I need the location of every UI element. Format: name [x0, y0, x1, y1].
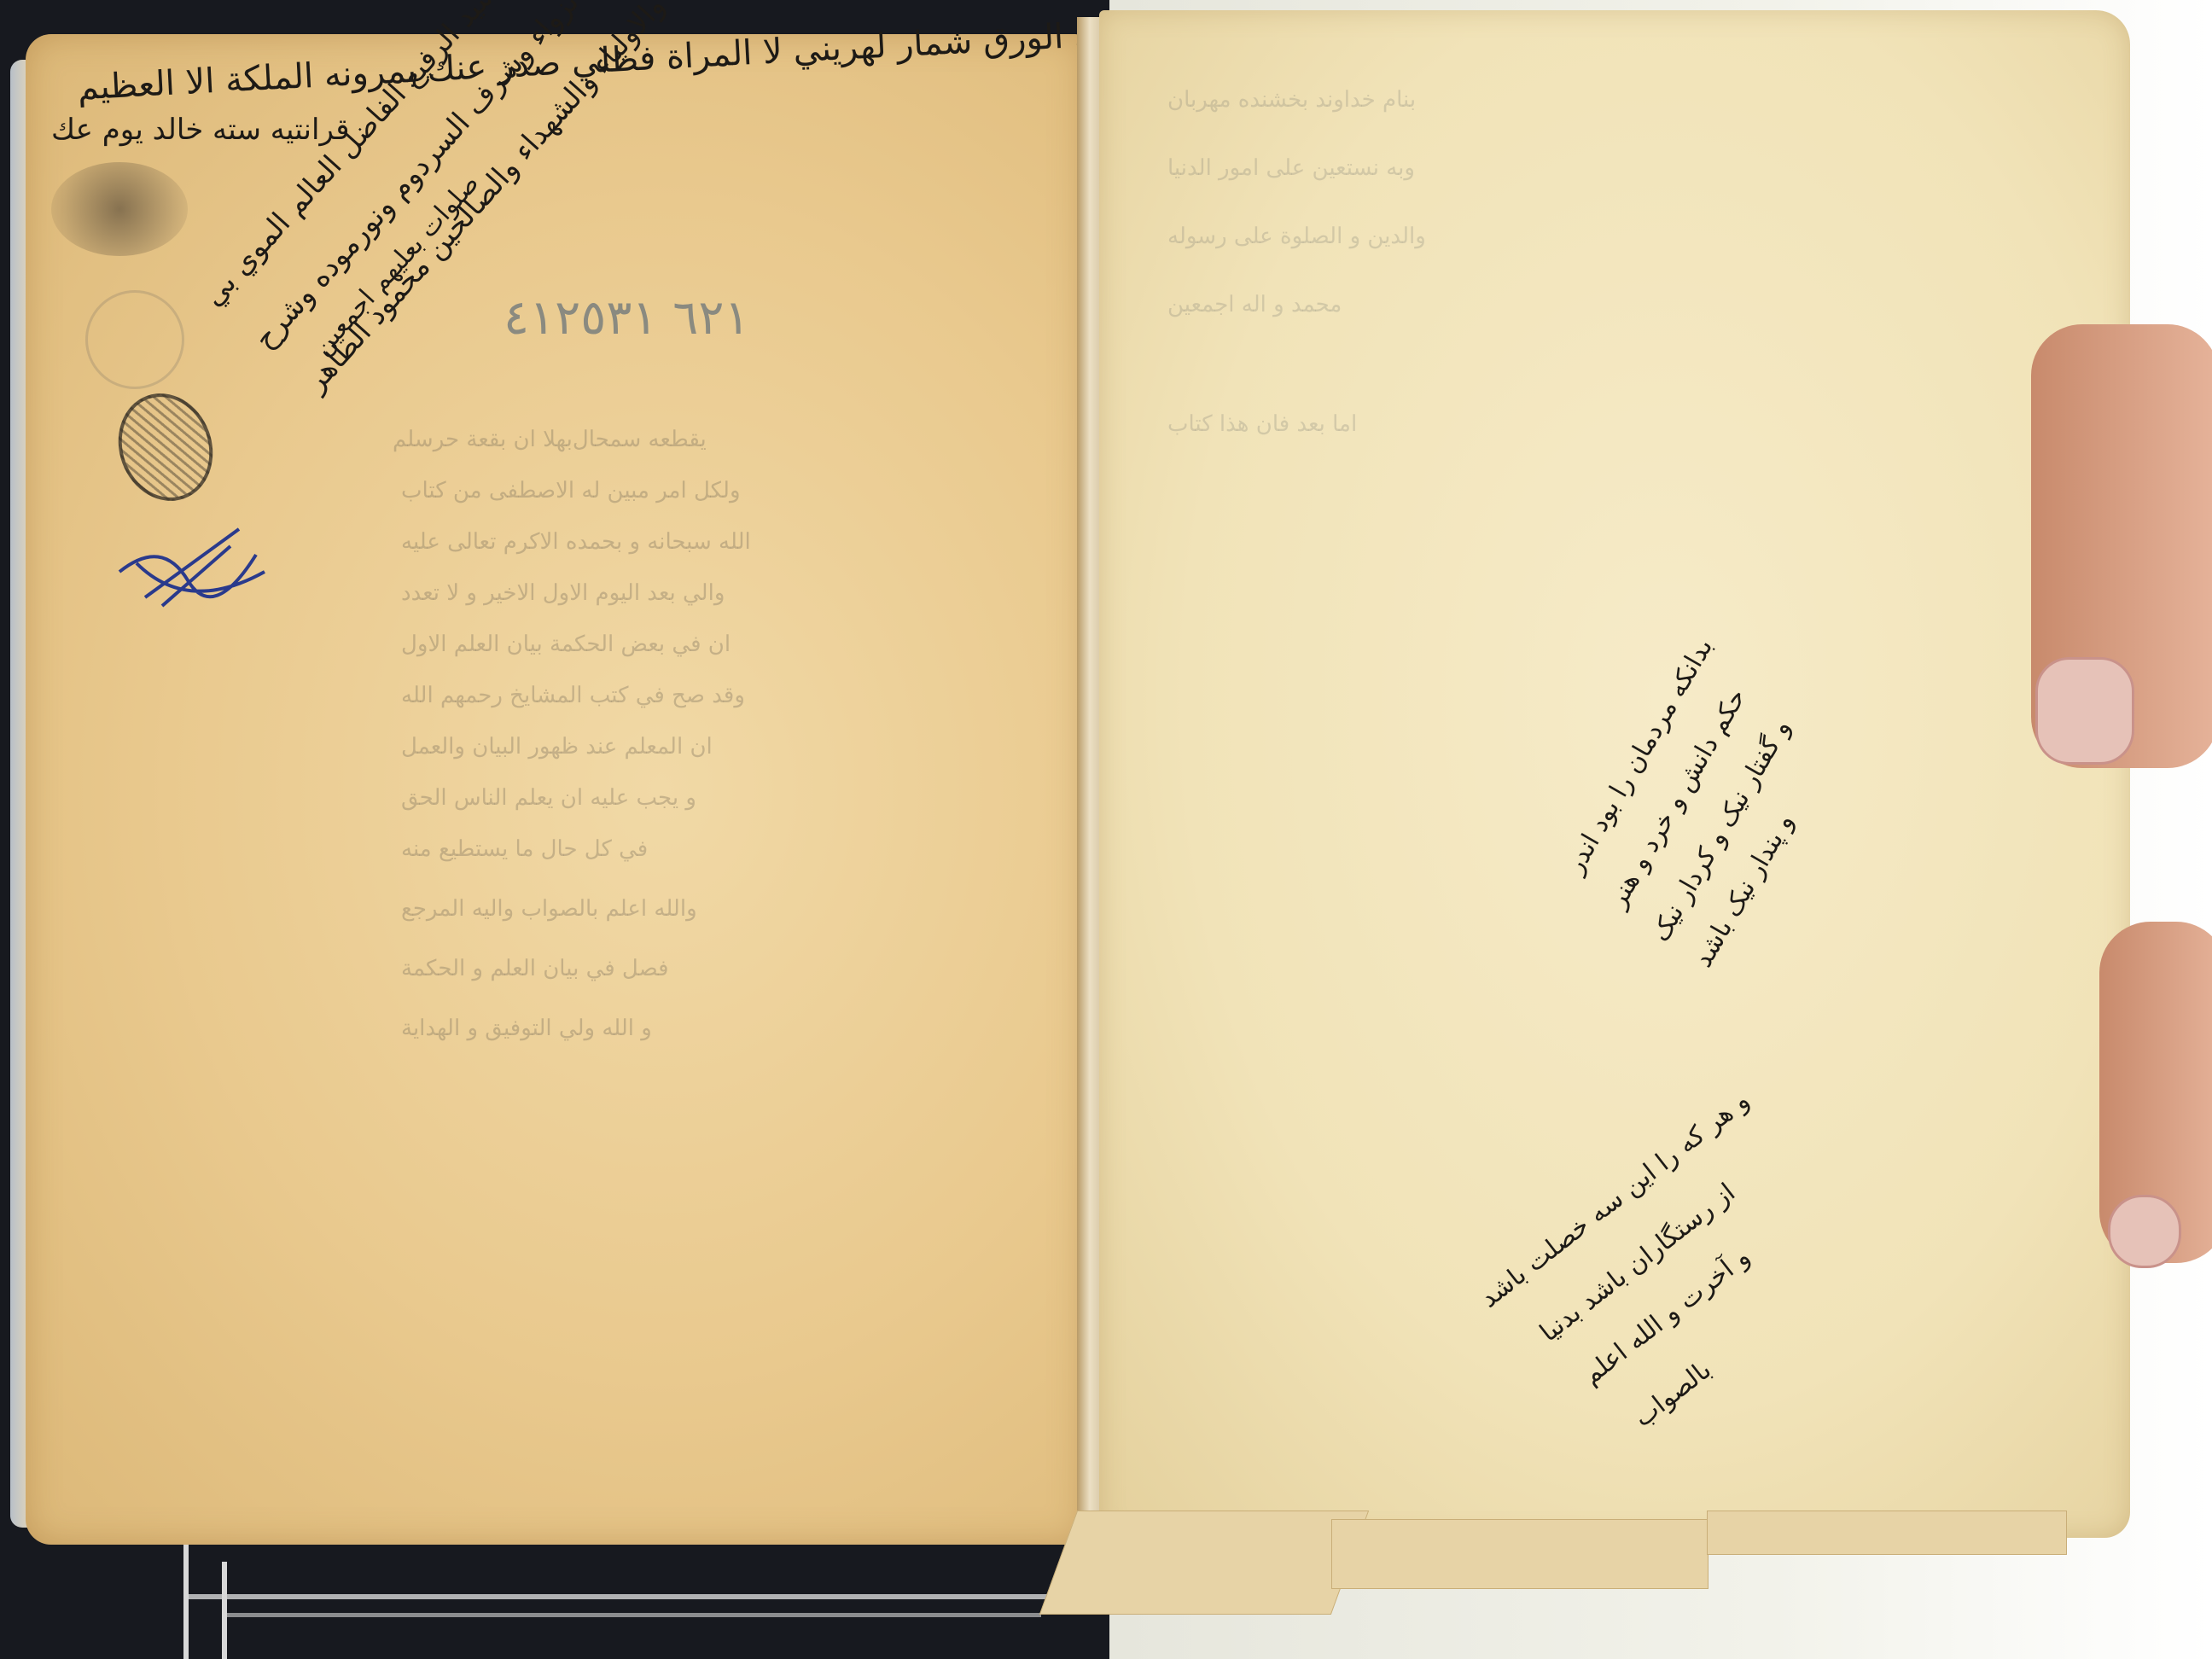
faded-text-line: يقطعه سمحال‌بهلا ان بقعة حرسلم — [393, 427, 707, 452]
show-through-text: محمد و اله اجمعين — [1167, 292, 1342, 317]
right-note-lower-line: بالصواب — [1628, 1355, 1717, 1434]
faded-text-line: و الله ولي التوفيق و الهداية — [401, 1016, 652, 1041]
torn-page-fragment — [1039, 1511, 1369, 1615]
torn-page-fragment — [1331, 1519, 1708, 1589]
mat-line — [222, 1613, 1041, 1617]
thumbnail — [2035, 657, 2134, 765]
mat-line — [183, 1545, 189, 1659]
faded-text-line: والله اعلم بالصواب واليه المرجع — [401, 896, 697, 922]
right-page: بنام خداوند بخشنده مهربان وبه نستعين على… — [1099, 10, 2130, 1538]
left-page: وفي الورق شمار لهريني لا المراة فطلي صدر… — [26, 34, 1084, 1545]
faded-text-line: ولكل امر مبين له الاصطفى من كتاب — [401, 478, 741, 504]
faded-text-line: و يجب عليه ان يعلم الناس الحق — [401, 785, 696, 811]
round-seal-top — [51, 162, 188, 256]
mat-line — [222, 1562, 227, 1659]
show-through-text: اما بعد فان هذا كتاب — [1167, 411, 1357, 437]
faded-text-line: فصل في بيان العلم و الحكمة — [401, 956, 669, 981]
pencil-catalog-number: ٦٢١ ٤١٢٥٣١ — [504, 290, 750, 346]
round-seal-middle — [85, 290, 184, 389]
faded-text-line: ان في بعض الحكمة بيان العلم الاول — [401, 632, 731, 657]
show-through-text: والدين و الصلوة على رسوله — [1167, 224, 1426, 249]
torn-page-fragment — [1707, 1511, 2067, 1555]
faded-text-line: الله سبحانه و بحمده الاكرم تعالى عليه — [401, 529, 751, 555]
faded-text-line: وقد صح في كتب المشايخ رحمهم الله — [401, 683, 745, 708]
mat-line — [183, 1594, 1054, 1599]
faded-text-line: في كل حال ما يستطيع منه — [401, 836, 648, 862]
blue-signature-icon — [111, 521, 282, 632]
faded-text-line: والي بعد اليوم الاول الاخير و لا تعدد — [401, 580, 725, 606]
faded-text-line: ان المعلم عند ظهور البيان والعمل — [401, 734, 713, 760]
show-through-text: بنام خداوند بخشنده مهربان — [1167, 87, 1416, 113]
reading-note: قرانتيه سته خالد يوم عك — [51, 113, 349, 147]
fingernail — [2108, 1195, 2181, 1268]
oval-seal-bottom — [103, 380, 227, 514]
show-through-text: وبه نستعين على امور الدنيا — [1167, 155, 1415, 181]
right-note-lower-line: و آخرت و الله اعلم — [1577, 1242, 1755, 1390]
